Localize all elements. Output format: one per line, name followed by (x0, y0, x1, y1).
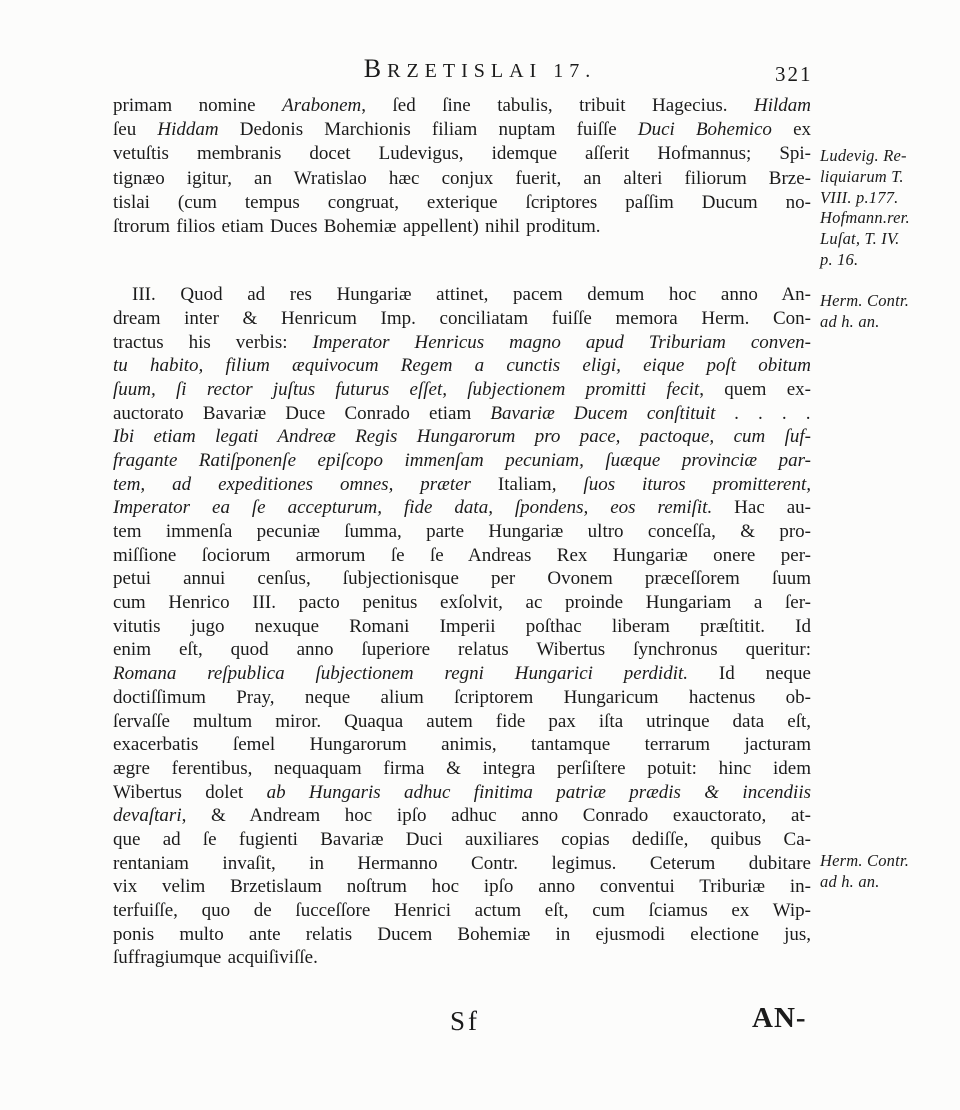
text-line: Romana reſpublica ſubjectionem regni Hun… (113, 662, 811, 686)
text-segment: terfuiſſe, quo de ſucceſſore Henrici act… (113, 900, 811, 921)
catchword: AN- (752, 1002, 807, 1035)
text-segment: ſeu (113, 119, 157, 140)
text-segment: ſuffragiumque acquiſiviſſe. (113, 947, 318, 968)
margin-note-line: liquiarum T. (820, 167, 952, 188)
text-segment: vix velim Brzetislaum noſtrum hoc ipſo a… (113, 876, 811, 897)
text-line: tractus his verbis: Imperator Henricus m… (113, 331, 811, 355)
text-segment: rentaniam invaſit, in Hermanno Contr. le… (113, 853, 811, 874)
text-line: tignæo igitur, an Wratislao hæc conjux f… (113, 167, 811, 191)
text-line: dream inter & Henricum Imp. conciliatam … (113, 307, 811, 331)
text-segment: , quem ex- (699, 379, 811, 400)
margin-note-line: ad h. an. (820, 312, 952, 333)
margin-note-citation-herm-contr-1: Herm. Contr.ad h. an. (820, 291, 952, 333)
text-segment: Hildam (754, 95, 811, 116)
text-line: ſtrorum filios etiam Duces Bohemiæ appel… (113, 215, 811, 239)
text-segment: Id neque (688, 663, 811, 684)
book-page: BRZETISLAI 17. 321 primam nomine Arabone… (0, 0, 960, 1110)
text-segment: Bavariæ Ducem conſtituit . . . . (490, 403, 811, 424)
text-line: enim eſt, quod anno ſuperiore relatus Wi… (113, 638, 811, 662)
text-segment: devaſtari (113, 805, 182, 826)
text-segment: tu habito, filium æquivocum Regem a cunc… (113, 355, 811, 376)
text-segment: Arabonem (282, 95, 361, 116)
text-line: ſuffragiumque acquiſiviſſe. (113, 946, 811, 970)
text-segment: vetuſtis membranis docet Ludevigus, idem… (113, 143, 811, 164)
text-line: auctorato Bavariæ Duce Conrado etiam Bav… (113, 402, 811, 426)
text-segment: III. Quod ad res Hungariæ attinet, pacem… (113, 284, 811, 305)
text-segment: fragante Ratiſponenſe epiſcopo immenſam … (113, 450, 811, 471)
text-segment: Dedonis Marchionis filiam nuptam fuiſſe (219, 119, 638, 140)
signature-mark: Sf (450, 1006, 480, 1037)
text-line: petui annui cenſus, ſubjectionisque per … (113, 567, 811, 591)
text-line: exacerbatis ſemel Hungarorum animis, tan… (113, 733, 811, 757)
margin-note-citation-ludevig: Ludevig. Re-liquiarum T.VIII. p.177.Hofm… (820, 146, 952, 271)
margin-note-citation-herm-contr-2: Herm. Contr.ad h. an. (820, 851, 952, 893)
text-segment: , ſuos ituros promitterent, (552, 474, 811, 495)
text-segment: Imperator Henricus magno apud Triburiam … (312, 332, 811, 353)
paragraph: III. Quod ad res Hungariæ attinet, pacem… (113, 283, 811, 970)
running-title: BRZETISLAI 17. (0, 54, 960, 84)
text-line: vetuſtis membranis docet Ludevigus, idem… (113, 142, 811, 166)
text-segment: vitutis jugo nexuque Romani Imperii poſt… (113, 616, 811, 637)
text-segment: Duci Bohemico (638, 119, 772, 140)
text-line: tem immenſa pecuniæ ſumma, parte Hungari… (113, 520, 811, 544)
text-line: devaſtari, & Andream hoc ipſo adhuc anno… (113, 804, 811, 828)
text-segment: dream inter & Henricum Imp. conciliatam … (113, 308, 811, 329)
text-segment: tignæo igitur, an Wratislao hæc conjux f… (113, 168, 811, 189)
text-segment: ægre ferentibus, nequaquam firma & integ… (113, 758, 811, 779)
margin-note-line: Ludevig. Re- (820, 146, 952, 167)
text-segment: miſſione ſociorum armorum ſe ſe Andreas … (113, 545, 811, 566)
text-line: fragante Ratiſponenſe epiſcopo immenſam … (113, 449, 811, 473)
text-line: Imperator ea ſe accepturum, fide data, ſ… (113, 496, 811, 520)
text-segment: Wibertus dolet (113, 782, 267, 803)
text-segment: Hiddam (157, 119, 218, 140)
text-segment: ab Hungaris adhuc finitima patriæ prædis… (267, 782, 811, 803)
text-segment: auctorato Bavariæ Duce Conrado etiam (113, 403, 490, 424)
text-line: terfuiſſe, quo de ſucceſſore Henrici act… (113, 899, 811, 923)
text-line: que ad ſe fugienti Bavariæ Duci auxiliar… (113, 828, 811, 852)
text-segment: Romana reſpublica ſubjectionem regni Hun… (113, 663, 688, 684)
text-segment: ſtrorum filios etiam Duces Bohemiæ appel… (113, 216, 601, 237)
text-segment: ex (772, 119, 811, 140)
text-segment: tislai (cum tempus congruat, exterique ſ… (113, 192, 811, 213)
text-line: ſeu Hiddam Dedonis Marchionis filiam nup… (113, 118, 811, 142)
text-line: ponis multo ante relatis Ducem Bohemiæ i… (113, 923, 811, 947)
margin-note-line: p. 16. (820, 250, 952, 271)
margin-note-line: Herm. Contr. (820, 291, 952, 312)
text-line: tem, ad expeditiones omnes, præter Itali… (113, 473, 811, 497)
text-line: doctiſſimum Pray, neque alium ſcriptorem… (113, 686, 811, 710)
text-line: vitutis jugo nexuque Romani Imperii poſt… (113, 615, 811, 639)
page-number: 321 (775, 62, 813, 87)
text-segment: ſervaſſe multum miror. Quaqua autem fide… (113, 711, 811, 732)
body-text: primam nomine Arabonem, ſed ſine tabulis… (113, 94, 811, 970)
paragraph: primam nomine Arabonem, ſed ſine tabulis… (113, 94, 811, 239)
text-segment: , ſed ſine tabulis, tribuit Hagecius. (361, 95, 754, 116)
text-line: Ibi etiam legati Andreæ Regis Hungarorum… (113, 425, 811, 449)
text-segment: primam nomine (113, 95, 282, 116)
text-line: tislai (cum tempus congruat, exterique ſ… (113, 191, 811, 215)
margin-note-line: Herm. Contr. (820, 851, 952, 872)
margin-note-line: ad h. an. (820, 872, 952, 893)
text-segment: petui annui cenſus, ſubjectionisque per … (113, 568, 811, 589)
text-segment: enim eſt, quod anno ſuperiore relatus Wi… (113, 639, 811, 660)
text-segment: tractus his verbis: (113, 332, 312, 353)
text-line: ægre ferentibus, nequaquam firma & integ… (113, 757, 811, 781)
text-segment: Hac au- (712, 497, 811, 518)
margin-note-line: Hofmann.rer. (820, 208, 952, 229)
text-segment: doctiſſimum Pray, neque alium ſcriptorem… (113, 687, 811, 708)
text-segment: que ad ſe fugienti Bavariæ Duci auxiliar… (113, 829, 811, 850)
text-line: Wibertus dolet ab Hungaris adhuc finitim… (113, 781, 811, 805)
text-line: rentaniam invaſit, in Hermanno Contr. le… (113, 852, 811, 876)
text-segment: ſuum, ſi rector juſtus futurus eſſet, ſu… (113, 379, 699, 400)
text-line: tu habito, filium æquivocum Regem a cunc… (113, 354, 811, 378)
text-segment: Imperator ea ſe accepturum, fide data, ſ… (113, 497, 712, 518)
text-line: miſſione ſociorum armorum ſe ſe Andreas … (113, 544, 811, 568)
text-segment: ponis multo ante relatis Ducem Bohemiæ i… (113, 924, 811, 945)
text-line: III. Quod ad res Hungariæ attinet, pacem… (113, 283, 811, 307)
text-line: cum Henrico III. pacto penitus exſolvit,… (113, 591, 811, 615)
text-segment: , & Andream hoc ipſo adhuc anno Conrado … (182, 805, 811, 826)
text-line: ſervaſſe multum miror. Quaqua autem fide… (113, 710, 811, 734)
text-line: ſuum, ſi rector juſtus futurus eſſet, ſu… (113, 378, 811, 402)
text-line: primam nomine Arabonem, ſed ſine tabulis… (113, 94, 811, 118)
text-segment: Italiam (498, 474, 552, 495)
text-segment: tem, ad expeditiones omnes, præter (113, 474, 498, 495)
margin-note-line: Luſat, T. IV. (820, 229, 952, 250)
text-segment: cum Henrico III. pacto penitus exſolvit,… (113, 592, 811, 613)
text-segment: exacerbatis ſemel Hungarorum animis, tan… (113, 734, 811, 755)
text-segment: tem immenſa pecuniæ ſumma, parte Hungari… (113, 521, 811, 542)
text-segment: Ibi etiam legati Andreæ Regis Hungarorum… (113, 426, 811, 447)
margin-note-line: VIII. p.177. (820, 188, 952, 209)
text-line: vix velim Brzetislaum noſtrum hoc ipſo a… (113, 875, 811, 899)
